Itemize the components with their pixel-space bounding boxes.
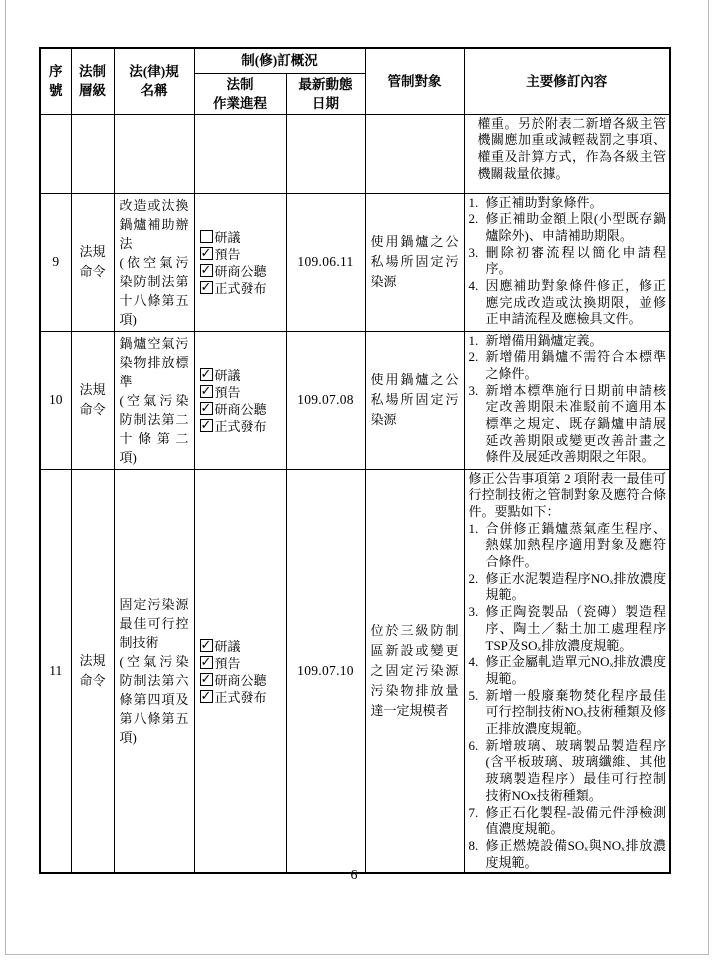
amendment-item: 3.新增本標準施行日期前申請核定改善期限未准駁前不適用本標準之規定、既存鍋爐申請… — [469, 383, 667, 467]
process-step: ✓研商公聽 — [200, 671, 285, 688]
amendment-item: 8.修正燃燒設備SOₓ與NOₓ排放濃度規範。 — [469, 838, 667, 871]
cell-law-level: 法規 命令 — [71, 469, 114, 873]
process-step: ✓正式發布 — [200, 417, 285, 434]
checkbox-checked-icon: ✓ — [200, 385, 213, 398]
header-row: 序 號 法制 層級 法(律)規 名稱 制(修)訂概況 管制對象 主要修訂內容 — [40, 48, 670, 73]
cell-process-steps: ✓研議 ✓預告 ✓研商公聽 ✓正式發布 — [194, 469, 286, 873]
item-number: 2. — [469, 571, 486, 604]
item-text: 修正金屬軋造單元NOₓ排放濃度規範。 — [486, 654, 667, 687]
checkbox-checked-icon: ✓ — [200, 402, 213, 415]
carryover-row: 權重。另於附表二新增各級主管機關應加重或減輕裁罰之事項、權重及計算方式，作為各級… — [40, 114, 670, 193]
item-text: 新增備用鍋爐定義。 — [486, 333, 667, 350]
regulation-basis: (空氣污染防制法第六條第四項及第八條第五項) — [120, 652, 189, 747]
cell-serial-number: 9 — [40, 193, 71, 331]
item-number: 4. — [469, 654, 486, 687]
amendment-item: 2.修正水泥製造程序NOₓ排放濃度規範。 — [469, 571, 667, 604]
cell-law-level: 法規 命令 — [71, 331, 114, 469]
item-number: 1. — [469, 333, 486, 350]
cell-main-amendments: 1.新增備用鍋爐定義。 2.新增備用鍋爐不需符合本標準之條件。 3.新增本標準施… — [464, 331, 670, 469]
item-text: 新增一般廢棄物焚化程序最佳可行控制技術NOₓ技術種類及修正排放濃度規範。 — [486, 688, 667, 738]
amendment-item: 2.修正補助金額上限(小型既存鍋爐除外)、申請補助期限。 — [469, 211, 667, 244]
col-header-target: 管制對象 — [365, 48, 464, 114]
item-text: 修正水泥製造程序NOₓ排放濃度規範。 — [486, 571, 667, 604]
cell-law-level — [71, 114, 114, 193]
cell-main-amendments: 修正公告事項第 2 項附表一最佳可行控制技術之管制對象及應符合條件。要點如下： … — [464, 469, 670, 873]
col-header-content: 主要修訂內容 — [464, 48, 670, 114]
amendment-item: 3.刪除初審流程以簡化申請程序。 — [469, 245, 667, 278]
cell-latest-date: 109.07.08 — [286, 331, 365, 469]
item-text: 修正陶瓷製品（瓷磚）製造程序、陶土／黏土加工處理程序TSP及SOₓ排放濃度規範。 — [486, 604, 667, 654]
item-text: 新增玻璃、玻璃製品製造程序(含平板玻璃、玻璃纖維、其他玻璃製造程序）最佳可行控制… — [486, 738, 667, 805]
checkbox-unchecked-icon — [200, 230, 213, 243]
col-header-date: 最新動態 日期 — [286, 73, 365, 114]
col-header-status-group: 制(修)訂概況 — [194, 48, 365, 73]
cell-regulated-target: 使用鍋爐之公私場所固定污染源 — [365, 193, 464, 331]
checkbox-checked-icon: ✓ — [200, 656, 213, 669]
checkbox-checked-icon: ✓ — [200, 264, 213, 277]
regulation-name: 鍋爐空氣污染物排放標準 — [120, 334, 189, 391]
col-header-level: 法制 層級 — [71, 48, 114, 114]
process-step-label: 正式發布 — [215, 278, 267, 297]
regulation-name: 固定污染源最佳可行控制技術 — [120, 595, 189, 652]
regulation-basis: (空氣污染防制法第二十條第二項) — [120, 391, 189, 467]
item-text: 新增本標準施行日期前申請核定改善期限未准駁前不適用本標準之規定、既存鍋爐申請展延… — [486, 383, 667, 467]
cell-regulated-target: 位於三級防制區新設或變更之固定污染源污染物排放量達一定規模者 — [365, 469, 464, 873]
process-step: ✓預告 — [200, 654, 285, 671]
amendment-intro: 修正公告事項第 2 項附表一最佳可行控制技術之管制對象及應符合條件。要點如下： — [469, 471, 667, 521]
cell-latest-date: 109.06.11 — [286, 193, 365, 331]
process-step: ✓正式發布 — [200, 279, 285, 296]
process-step-label: 正式發布 — [215, 687, 267, 706]
item-number: 1. — [469, 521, 486, 571]
cell-process-steps: ✓研議 ✓預告 ✓研商公聽 ✓正式發布 — [194, 331, 286, 469]
cell-regulated-target — [365, 114, 464, 193]
item-number: 5. — [469, 688, 486, 738]
checkbox-checked-icon: ✓ — [200, 368, 213, 381]
amendment-item: 4.因應補助對象條件修正，修正應完成改造或汰換期限，並修正申請流程及應檢具文件。 — [469, 278, 667, 328]
process-step-label: 正式發布 — [215, 416, 267, 435]
page-number: 6 — [39, 868, 669, 884]
amendment-item: 5.新增一般廢棄物焚化程序最佳可行控制技術NOₓ技術種類及修正排放濃度規範。 — [469, 688, 667, 738]
table-row: 11 法規 命令 固定污染源最佳可行控制技術 (空氣污染防制法第六條第四項及第八… — [40, 469, 670, 873]
item-text: 合併修正鍋爐蒸氣產生程序、熱媒加熱程序適用對象及應符合條件。 — [486, 521, 667, 571]
item-number: 4. — [469, 278, 486, 328]
item-number: 7. — [469, 805, 486, 838]
process-step: ✓預告 — [200, 245, 285, 262]
col-header-process: 法制 作業進程 — [194, 73, 286, 114]
item-text: 修正燃燒設備SOₓ與NOₓ排放濃度規範。 — [486, 838, 667, 871]
amendment-item: 1.新增備用鍋爐定義。 — [469, 333, 667, 350]
process-step: ✓研商公聽 — [200, 400, 285, 417]
item-text: 修正補助對象條件。 — [486, 195, 667, 212]
checkbox-checked-icon: ✓ — [200, 281, 213, 294]
item-number: 2. — [469, 211, 486, 244]
cell-law-level: 法規 命令 — [71, 193, 114, 331]
checkbox-checked-icon: ✓ — [200, 639, 213, 652]
amendment-carryover-text: 權重。另於附表二新增各級主管機關應加重或減輕裁罰之事項、權重及計算方式，作為各級… — [469, 116, 667, 183]
item-number: 6. — [469, 738, 486, 805]
cell-main-amendments: 1.修正補助對象條件。 2.修正補助金額上限(小型既存鍋爐除外)、申請補助期限。… — [464, 193, 670, 331]
amendment-item: 2.新增備用鍋爐不需符合本標準之條件。 — [469, 349, 667, 382]
col-header-name: 法(律)規 名稱 — [114, 48, 194, 114]
cell-regulation-name: 固定污染源最佳可行控制技術 (空氣污染防制法第六條第四項及第八條第五項) — [114, 469, 194, 873]
table-row: 10 法規 命令 鍋爐空氣污染物排放標準 (空氣污染防制法第二十條第二項) ✓研… — [40, 331, 670, 469]
process-step: ✓研議 — [200, 637, 285, 654]
document-page: 序 號 法制 層級 法(律)規 名稱 制(修)訂概況 管制對象 主要修訂內容 法… — [0, 0, 712, 960]
item-number: 3. — [469, 383, 486, 467]
amendment-item: 1.修正補助對象條件。 — [469, 195, 667, 212]
cell-serial-number — [40, 114, 71, 193]
cell-regulation-name — [114, 114, 194, 193]
cell-main-amendments: 權重。另於附表二新增各級主管機關應加重或減輕裁罰之事項、權重及計算方式，作為各級… — [464, 114, 670, 193]
amendment-item: 3.修正陶瓷製品（瓷磚）製造程序、陶土／黏土加工處理程序TSP及SOₓ排放濃度規… — [469, 604, 667, 654]
cell-serial-number: 11 — [40, 469, 71, 873]
cell-regulation-name: 鍋爐空氣污染物排放標準 (空氣污染防制法第二十條第二項) — [114, 331, 194, 469]
cell-regulated-target: 使用鍋爐之公私場所固定污染源 — [365, 331, 464, 469]
amendment-item: 6.新增玻璃、玻璃製品製造程序(含平板玻璃、玻璃纖維、其他玻璃製造程序）最佳可行… — [469, 738, 667, 805]
process-step: ✓研議 — [200, 366, 285, 383]
cell-serial-number: 10 — [40, 331, 71, 469]
checkbox-checked-icon: ✓ — [200, 690, 213, 703]
process-step: ✓研商公聽 — [200, 262, 285, 279]
item-number: 8. — [469, 838, 486, 871]
cell-regulation-name: 改造或汰換鍋爐補助辦法 (依空氣污染防制法第十八條第五項) — [114, 193, 194, 331]
item-text: 修正石化製程-設備元件淨檢測值濃度規範。 — [486, 805, 667, 838]
regulation-name: 改造或汰換鍋爐補助辦法 — [120, 196, 189, 253]
cell-process-steps — [194, 114, 286, 193]
item-number: 3. — [469, 245, 486, 278]
item-number: 1. — [469, 195, 486, 212]
process-step: 研議 — [200, 228, 285, 245]
col-header-serial: 序 號 — [40, 48, 71, 114]
checkbox-checked-icon: ✓ — [200, 673, 213, 686]
regulation-table: 序 號 法制 層級 法(律)規 名稱 制(修)訂概況 管制對象 主要修訂內容 法… — [39, 47, 671, 874]
cell-latest-date — [286, 114, 365, 193]
amendment-item: 4.修正金屬軋造單元NOₓ排放濃度規範。 — [469, 654, 667, 687]
item-text: 修正補助金額上限(小型既存鍋爐除外)、申請補助期限。 — [486, 211, 667, 244]
item-number: 2. — [469, 349, 486, 382]
item-number: 3. — [469, 604, 486, 654]
cell-process-steps: 研議 ✓預告 ✓研商公聽 ✓正式發布 — [194, 193, 286, 331]
process-step: ✓預告 — [200, 383, 285, 400]
item-text: 刪除初審流程以簡化申請程序。 — [486, 245, 667, 278]
amendment-item: 1.合併修正鍋爐蒸氣產生程序、熱媒加熱程序適用對象及應符合條件。 — [469, 521, 667, 571]
checkbox-checked-icon: ✓ — [200, 419, 213, 432]
amendment-item: 7.修正石化製程-設備元件淨檢測值濃度規範。 — [469, 805, 667, 838]
cell-latest-date: 109.07.10 — [286, 469, 365, 873]
process-step: ✓正式發布 — [200, 688, 285, 705]
table-row: 9 法規 命令 改造或汰換鍋爐補助辦法 (依空氣污染防制法第十八條第五項) 研議… — [40, 193, 670, 331]
regulation-basis: (依空氣污染防制法第十八條第五項) — [120, 253, 189, 329]
item-text: 新增備用鍋爐不需符合本標準之條件。 — [486, 349, 667, 382]
checkbox-checked-icon: ✓ — [200, 247, 213, 260]
item-text: 因應補助對象條件修正，修正應完成改造或汰換期限，並修正申請流程及應檢具文件。 — [486, 278, 667, 328]
